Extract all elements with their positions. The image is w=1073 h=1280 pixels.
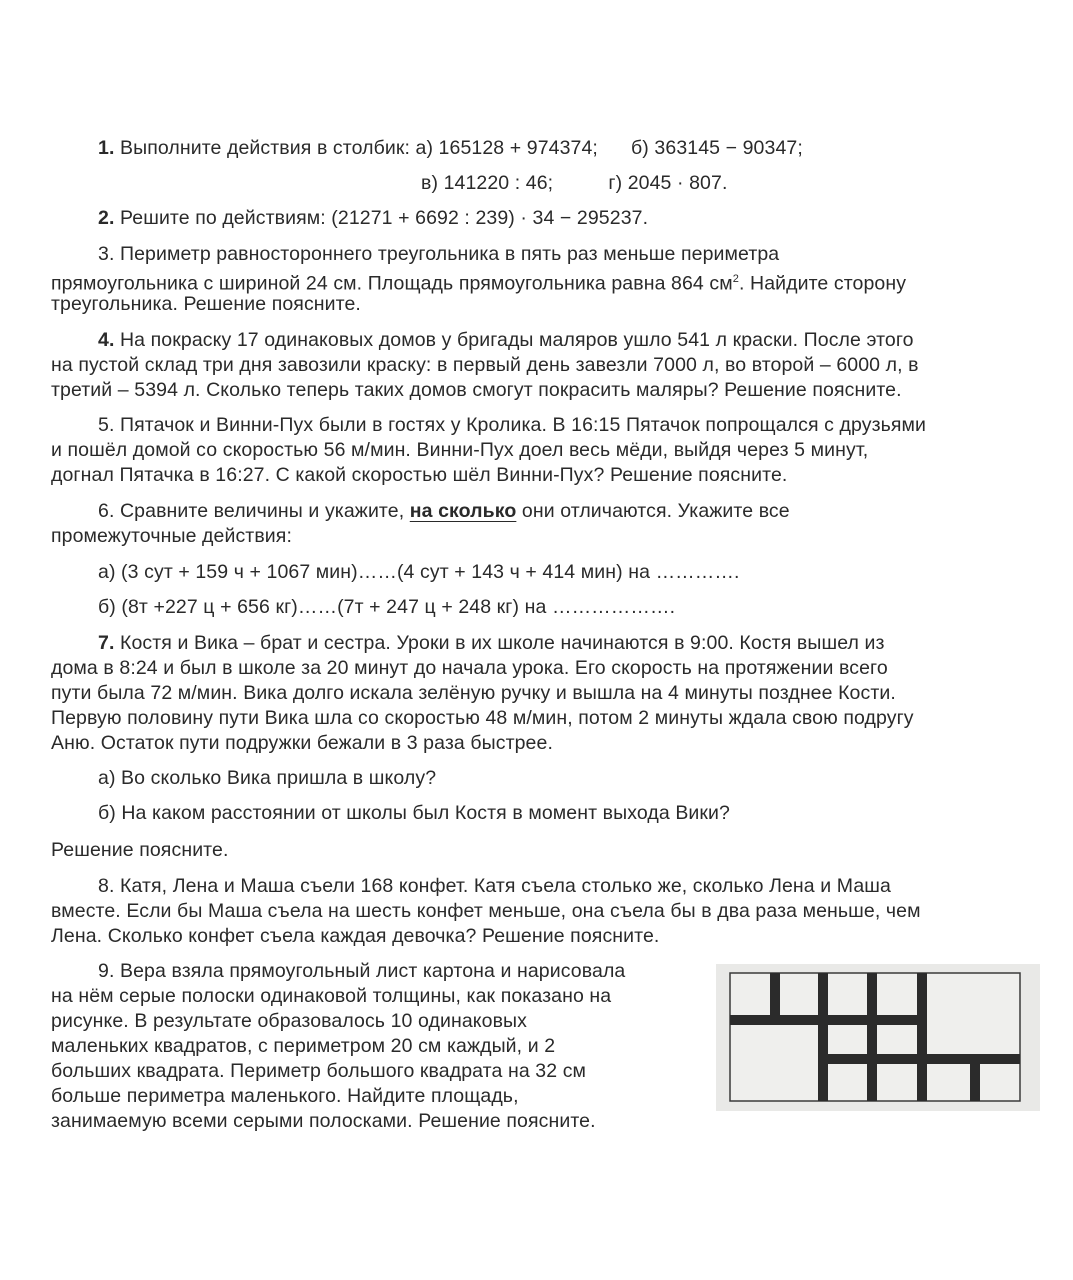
task-number: 3. (98, 243, 114, 265)
task-9-line-5: больших квадрата. Периметр большого квад… (51, 1059, 586, 1084)
task-number: 4. (98, 329, 114, 351)
task-6-line-1: 6. Сравните величины и укажите, на сколь… (98, 499, 790, 524)
task-7-line-2: дома в 8:24 и был в школе за 20 минут до… (51, 656, 888, 681)
task-9-line-6: больше периметра маленького. Найдите пло… (51, 1084, 519, 1109)
task-4-line-2: на пустой склад три дня завозили краску:… (51, 353, 919, 378)
task-4-line-1: 4. На покраску 17 одинаковых домов у бри… (98, 328, 914, 353)
task-4-line-3: третий – 5394 л. Сколько теперь таких до… (51, 378, 902, 403)
task-1-line-1: 1. Выполните действия в столбик: а) 1651… (98, 136, 803, 161)
task-6-sub-a: а) (3 сут + 159 ч + 1067 мин)……(4 сут + … (98, 560, 740, 585)
task-9-line-3: рисунке. В результате образовалось 10 од… (51, 1009, 527, 1034)
task-6-sub-b: б) (8т +227 ц + 656 кг)……(7т + 247 ц + 2… (98, 595, 675, 620)
task-8-line-1: 8. Катя, Лена и Маша съели 168 конфет. К… (98, 874, 891, 899)
task-9-line-2: на нём серые полоски одинаковой толщины,… (51, 984, 611, 1009)
task-9-figure (716, 964, 1040, 1111)
task-number: 6. (98, 500, 114, 522)
task-9-line-4: маленьких квадратов, с периметром 20 см … (51, 1034, 555, 1059)
task-number: 5. (98, 414, 114, 436)
task-8-line-2: вместе. Если бы Маша съела на шесть конф… (51, 899, 921, 924)
task-number: 9. (98, 960, 114, 982)
task-3-line-3: треугольника. Решение поясните. (51, 292, 361, 317)
task-7-line-1: 7. Костя и Вика – брат и сестра. Уроки в… (98, 631, 885, 656)
task-7-line-3: пути была 72 м/мин. Вика долго искала зе… (51, 681, 896, 706)
task-8-line-3: Лена. Сколько конфет съела каждая девочк… (51, 924, 659, 949)
task-9-line-7: занимаемую всеми серыми полосками. Решен… (51, 1109, 596, 1134)
task-2: 2. Решите по действиям: (21271 + 6692 : … (98, 206, 648, 231)
task-7-line-5: Аню. Остаток пути подружки бежали в 3 ра… (51, 731, 553, 756)
strips-diagram (716, 964, 1040, 1111)
task-7-sub-a: а) Во сколько Вика пришла в школу? (98, 766, 436, 791)
task-5-line-1: 5. Пятачок и Винни-Пух были в гостях у К… (98, 413, 926, 438)
task-3-line-1: 3. Периметр равностороннего треугольника… (98, 242, 779, 267)
task-number: 8. (98, 875, 114, 897)
task-9-line-1: 9. Вера взяла прямоугольный лист картона… (98, 959, 625, 984)
task-7-closing: Решение поясните. (51, 838, 228, 863)
task-number: 2. (98, 207, 114, 229)
task-1-line-2: в) 141220 : 46; г) 2045 · 807. (421, 171, 727, 196)
task-6-line-2: промежуточные действия: (51, 524, 292, 549)
task-number: 1. (98, 137, 114, 159)
task-7-line-4: Первую половину пути Вика шла со скорост… (51, 706, 914, 731)
task-7-sub-b: б) На каком расстоянии от школы был Кост… (98, 801, 730, 826)
emphasis-underlined: на сколько (410, 500, 517, 522)
task-number: 7. (98, 632, 114, 654)
task-5-line-2: и пошёл домой со скоростью 56 м/мин. Вин… (51, 438, 868, 463)
worksheet-page: 1. Выполните действия в столбик: а) 1651… (0, 0, 1073, 1280)
task-5-line-3: догнал Пятачка в 16:27. С какой скорость… (51, 463, 787, 488)
